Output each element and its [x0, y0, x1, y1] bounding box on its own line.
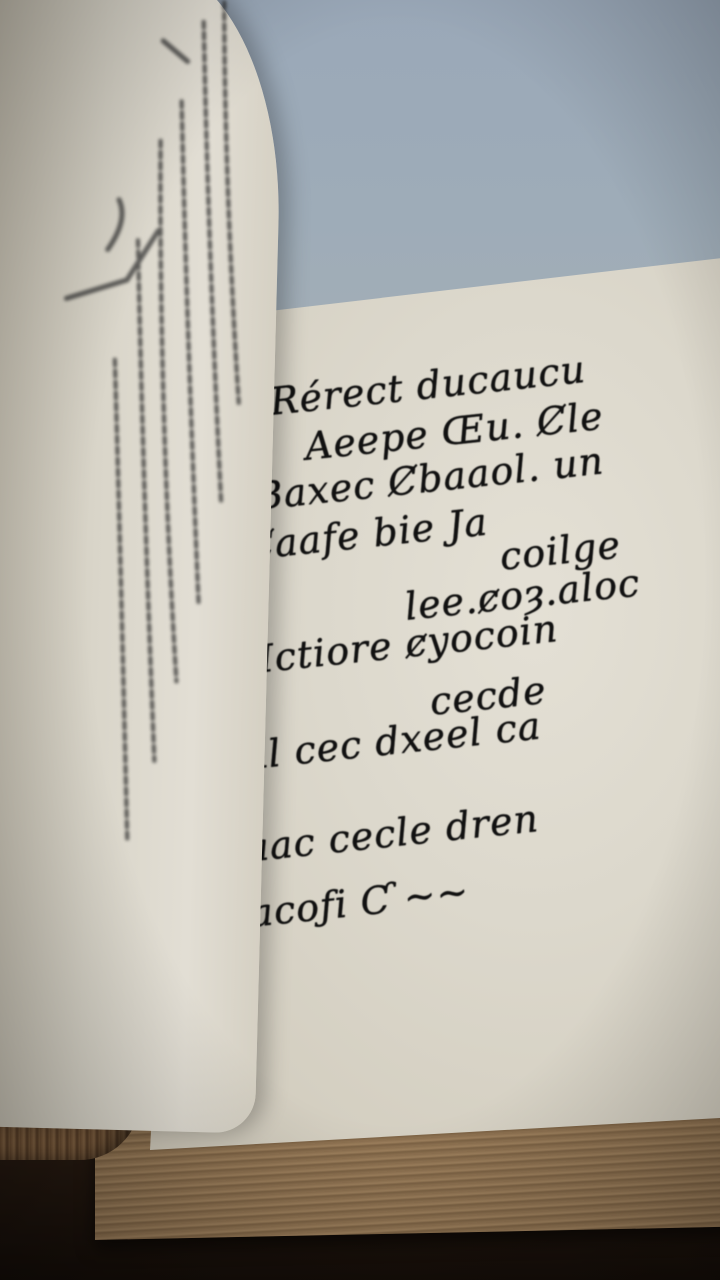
calligraphy-text: Rérect ducaucu Aeepe Œu. Ȼle Baxec Ȼbaao…: [215, 360, 720, 980]
book-photo: Rérect ducaucu Aeepe Œu. Ȼle Baxec Ȼbaao…: [0, 0, 720, 1280]
blurred-ink-sketch-icon: [31, 0, 274, 883]
handwriting-line: Al cec dxeel ca: [238, 703, 544, 778]
flipping-page: [0, 0, 285, 1134]
